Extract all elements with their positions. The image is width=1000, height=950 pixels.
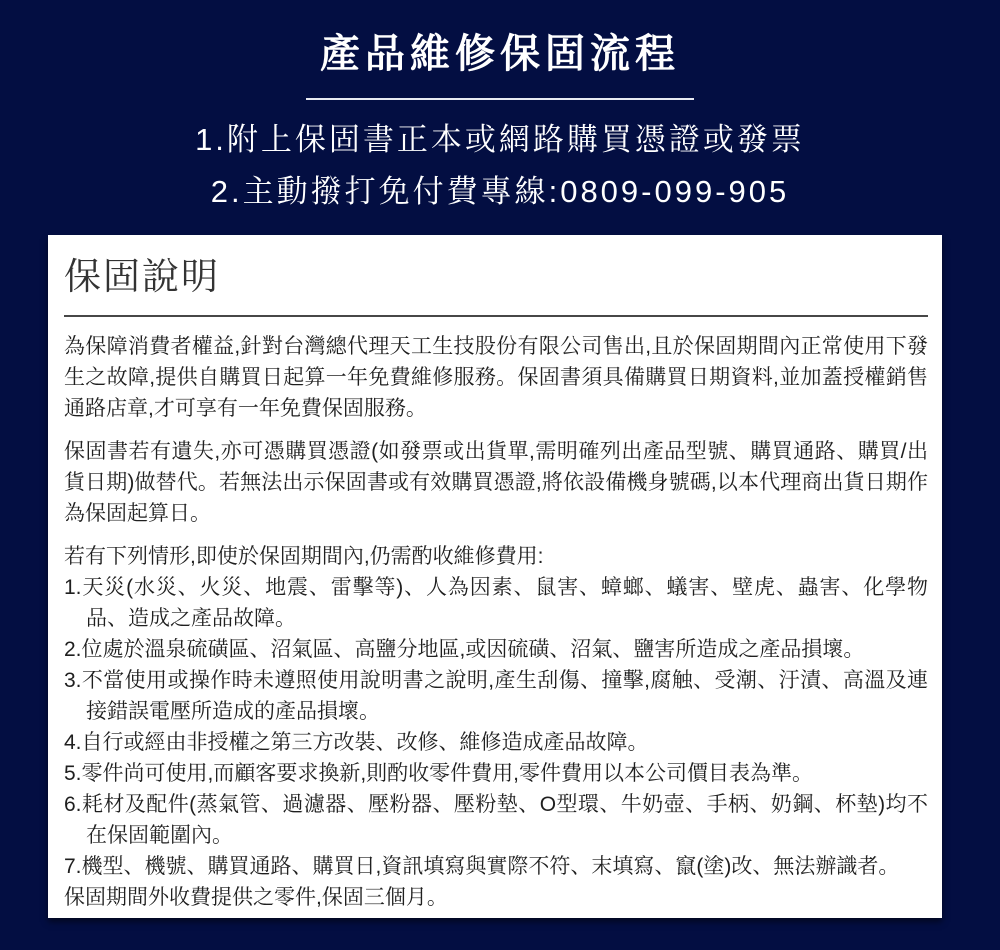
list-item-text: 天災(水災、火災、地震、雷擊等)、人為因素、鼠害、蟑螂、蟻害、壁虎、蟲害、化學物… xyxy=(82,576,928,630)
list-item-text: 自行或經由非授權之第三方改裝、改修、維修造成產品故障。 xyxy=(82,731,649,754)
page-title: 產品維修保固流程 xyxy=(0,0,1000,78)
title-divider xyxy=(306,98,694,100)
step-line-2: 2.主動撥打免付費專線:0809-099-905 xyxy=(0,166,1000,218)
warranty-paragraph-3: 若有下列情形,即使於保固期間內,仍需酌收維修費用: xyxy=(64,541,928,572)
step-list: 1.附上保固書正本或網路購買憑證或發票 2.主動撥打免付費專線:0809-099… xyxy=(0,114,1000,218)
warranty-card: 保固說明 為保障消費者權益,針對台灣總代理天工生技股份有限公司售出,且於保固期間… xyxy=(48,235,942,918)
step-line-1: 1.附上保固書正本或網路購買憑證或發票 xyxy=(0,114,1000,166)
card-footer-note: 保固期間外收費提供之零件,保固三個月。 xyxy=(64,882,928,913)
list-item-text: 耗材及配件(蒸氣管、過濾器、壓粉器、壓粉墊、O型環、牛奶壺、手柄、奶鋼、杯墊)均… xyxy=(82,793,928,847)
warranty-paragraph-1: 為保障消費者權益,針對台灣總代理天工生技股份有限公司售出,且於保固期間內正常使用… xyxy=(64,331,928,424)
list-item-4: 4.自行或經由非授權之第三方改裝、改修、維修造成產品故障。 xyxy=(64,727,928,758)
list-item-number: 3. xyxy=(64,669,82,692)
header: 產品維修保固流程 1.附上保固書正本或網路購買憑證或發票 2.主動撥打免付費專線… xyxy=(0,0,1000,218)
list-item-number: 1. xyxy=(64,576,82,599)
list-item-1: 1.天災(水災、火災、地震、雷擊等)、人為因素、鼠害、蟑螂、蟻害、壁虎、蟲害、化… xyxy=(64,572,928,634)
warranty-exclusion-list: 1.天災(水災、火災、地震、雷擊等)、人為因素、鼠害、蟑螂、蟻害、壁虎、蟲害、化… xyxy=(64,572,928,882)
list-item-text: 位處於溫泉硫磺區、沼氣區、高鹽分地區,或因硫磺、沼氣、鹽害所造成之產品損壞。 xyxy=(82,638,865,661)
list-item-3: 3.不當使用或操作時未遵照使用說明書之說明,產生刮傷、撞擊,腐触、受潮、汙漬、高… xyxy=(64,665,928,727)
list-item-number: 4. xyxy=(64,731,82,754)
list-item-number: 2. xyxy=(64,638,82,661)
card-heading: 保固說明 xyxy=(64,255,928,299)
list-item-text: 機型、機號、購買通路、購買日,資訊填寫與實際不符、末填寫、竄(塗)改、無法辦識者… xyxy=(82,855,900,878)
list-item-6: 6.耗材及配件(蒸氣管、過濾器、壓粉器、壓粉墊、O型環、牛奶壺、手柄、奶鋼、杯墊… xyxy=(64,789,928,851)
list-item-text: 零件尚可使用,而顧客要求換新,則酌收零件費用,零件費用以本公司價目表為準。 xyxy=(82,762,814,785)
list-item-5: 5.零件尚可使用,而顧客要求換新,則酌收零件費用,零件費用以本公司價目表為準。 xyxy=(64,758,928,789)
list-item-number: 7. xyxy=(64,855,82,878)
list-item-2: 2.位處於溫泉硫磺區、沼氣區、高鹽分地區,或因硫磺、沼氣、鹽害所造成之產品損壞。 xyxy=(64,634,928,665)
list-item-7: 7.機型、機號、購買通路、購買日,資訊填寫與實際不符、末填寫、竄(塗)改、無法辦… xyxy=(64,851,928,882)
card-divider xyxy=(64,315,928,317)
list-item-text: 不當使用或操作時未遵照使用說明書之說明,產生刮傷、撞擊,腐触、受潮、汙漬、高溫及… xyxy=(82,669,928,723)
warranty-paragraph-2: 保固書若有遺失,亦可憑購買憑證(如發票或出貨單,需明確列出產品型號、購買通路、購… xyxy=(64,436,928,529)
page-background: 產品維修保固流程 1.附上保固書正本或網路購買憑證或發票 2.主動撥打免付費專線… xyxy=(0,0,1000,950)
list-item-number: 6. xyxy=(64,793,82,816)
list-item-number: 5. xyxy=(64,762,82,785)
